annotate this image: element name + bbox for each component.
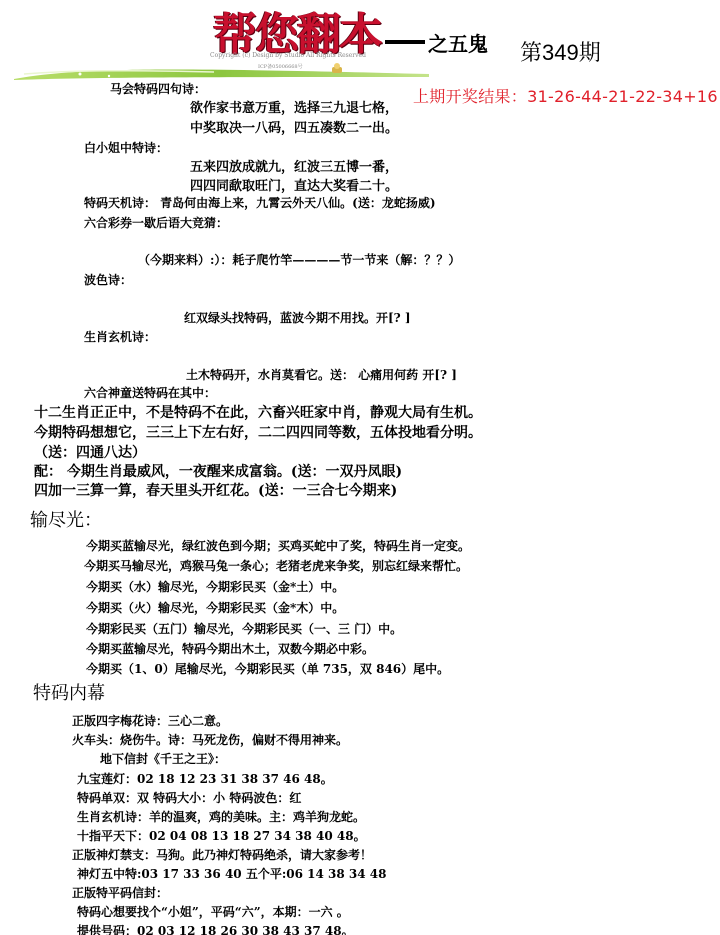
neimu-line: 火车头：烧伤牛。诗：马死龙伤，偏财不得用神来。 <box>72 731 348 748</box>
title-dash-divider <box>385 40 425 44</box>
neimu-line: 提供号码：02 03 12 18 26 30 38 43 37 48。 <box>77 922 354 935</box>
neimu-line: 地下信封《千王之王》： <box>100 750 226 767</box>
neimu-line: 特码心想要找个“小姐”，平码“六”，本期：一六 。 <box>77 903 349 920</box>
shengxiao-poem-line: 土木特码开，水肖莫看它。送： 心痛用何药 开[? ] <box>186 366 457 383</box>
sijia-line: 四加一三算一算，春天里头开红花。(送：一三合七今期来) <box>34 480 397 500</box>
neimu-line: 正版特平码信封： <box>72 884 168 901</box>
shentong-line: 十二生肖正正中，不是特码不在此，六畜兴旺家中肖，静观大局有生机。 <box>34 402 482 422</box>
neimu-line: 九宝莲灯：02 18 12 23 31 38 37 46 48。 <box>77 770 333 787</box>
liuhe-riddle-line: （今期来料）:）：耗子爬竹竿————节一节来（解：？？） <box>138 251 460 268</box>
pei-line: 配： 今期生肖最威风，一夜醒来成富翁。(送：一双丹凤眼) <box>34 461 402 481</box>
shengxiao-poem-title: 生肖玄机诗： <box>84 328 156 345</box>
shujinguang-line: 今期买蓝输尽光，绿红波色到今期；买鸡买蛇中了奖，特码生肖一定变。 <box>86 537 470 554</box>
page-subtitle: 之五鬼 <box>428 28 488 57</box>
flower-pot-icon <box>330 62 344 74</box>
copyright-text: Copyright (c) Design by Studio All Right… <box>210 52 366 59</box>
tianji-poem: 特码天机诗： 青岛何由海上来，九霄云外天八仙。(送：龙蛇扬威) <box>84 194 436 211</box>
issue-number: 第349期 <box>520 36 601 67</box>
icp-text: ICP备05006668号 <box>258 63 303 70</box>
shujinguang-line: 今期买（火）输尽光，今期彩民买（金*木）中。 <box>86 599 344 616</box>
mahui-poem-line: 欲作家书意万重，选择三九退七格， <box>190 97 398 116</box>
green-swoosh-decoration <box>14 64 429 80</box>
neimu-heading: 特码内幕 <box>33 679 105 705</box>
shujinguang-line: 今期买（水）输尽光，今期彩民买（金*土）中。 <box>86 578 344 595</box>
neimu-line: 十指平天下：02 04 08 13 18 27 34 38 40 48。 <box>77 827 366 844</box>
neimu-line: 正版神灯禁支：马狗。此乃神灯特码绝杀，请大家参考！ <box>72 846 372 863</box>
shentong-gift: （送：四通八达） <box>34 442 146 462</box>
shujinguang-line: 今期彩民买（五门）输尽光，今期彩民买（一、三 门）中。 <box>86 620 402 637</box>
shentong-title: 六合神童送特码在其中： <box>84 384 216 401</box>
neimu-line: 神灯五中特:03 17 33 36 40 五个平:06 14 38 34 48 <box>77 865 386 882</box>
bai-poem-line: 五来四放成就九，红波三五博一番， <box>190 156 398 175</box>
bai-poem-title: 白小姐中特诗： <box>84 139 168 156</box>
shentong-line: 今期特码想想它，三三上下左右好，二二四四同等数，五体投地看分明。 <box>34 422 482 442</box>
neimu-line: 特码单双：双 特码大小：小 特码波色：红 <box>77 789 301 806</box>
shujinguang-line: 今期买（1、0）尾输尽光，今期彩民买（单 735，双 846）尾中。 <box>86 660 449 677</box>
mahui-poem-title: 马会特码四句诗： <box>110 80 206 97</box>
last-draw-result: 上期开奖结果：31-26-44-21-22-34+16 <box>413 84 718 107</box>
bose-poem-title: 波色诗： <box>84 271 132 288</box>
shujinguang-line: 今期买马输尽光，鸡猴马兔一条心；老猪老虎来争奖，别忘红绿来帮忙。 <box>84 557 468 574</box>
bai-poem-line: 四四同歃取旺门，直达大奖看二十。 <box>190 175 398 194</box>
shujinguang-heading: 输尽光： <box>30 506 102 532</box>
header-banner: 帮您翻本 Copyright (c) Design by Studio All … <box>0 0 720 80</box>
liuhe-riddle-title: 六合彩券一歇后语大竞猜： <box>84 214 228 231</box>
neimu-line: 生肖玄机诗：羊的温爽，鸡的美味。主：鸡羊狗龙蛇。 <box>77 808 365 825</box>
mahui-poem-line: 中奖取决一八码，四五凑数二一出。 <box>190 117 398 136</box>
bose-poem-line: 红双绿头找特码，蓝波今期不用找。开[? ] <box>184 309 411 326</box>
shujinguang-line: 今期买蓝输尽光，特码今期出木土，双数今期必中彩。 <box>86 640 374 657</box>
neimu-line: 正版四字梅花诗：三心二意。 <box>72 712 228 729</box>
